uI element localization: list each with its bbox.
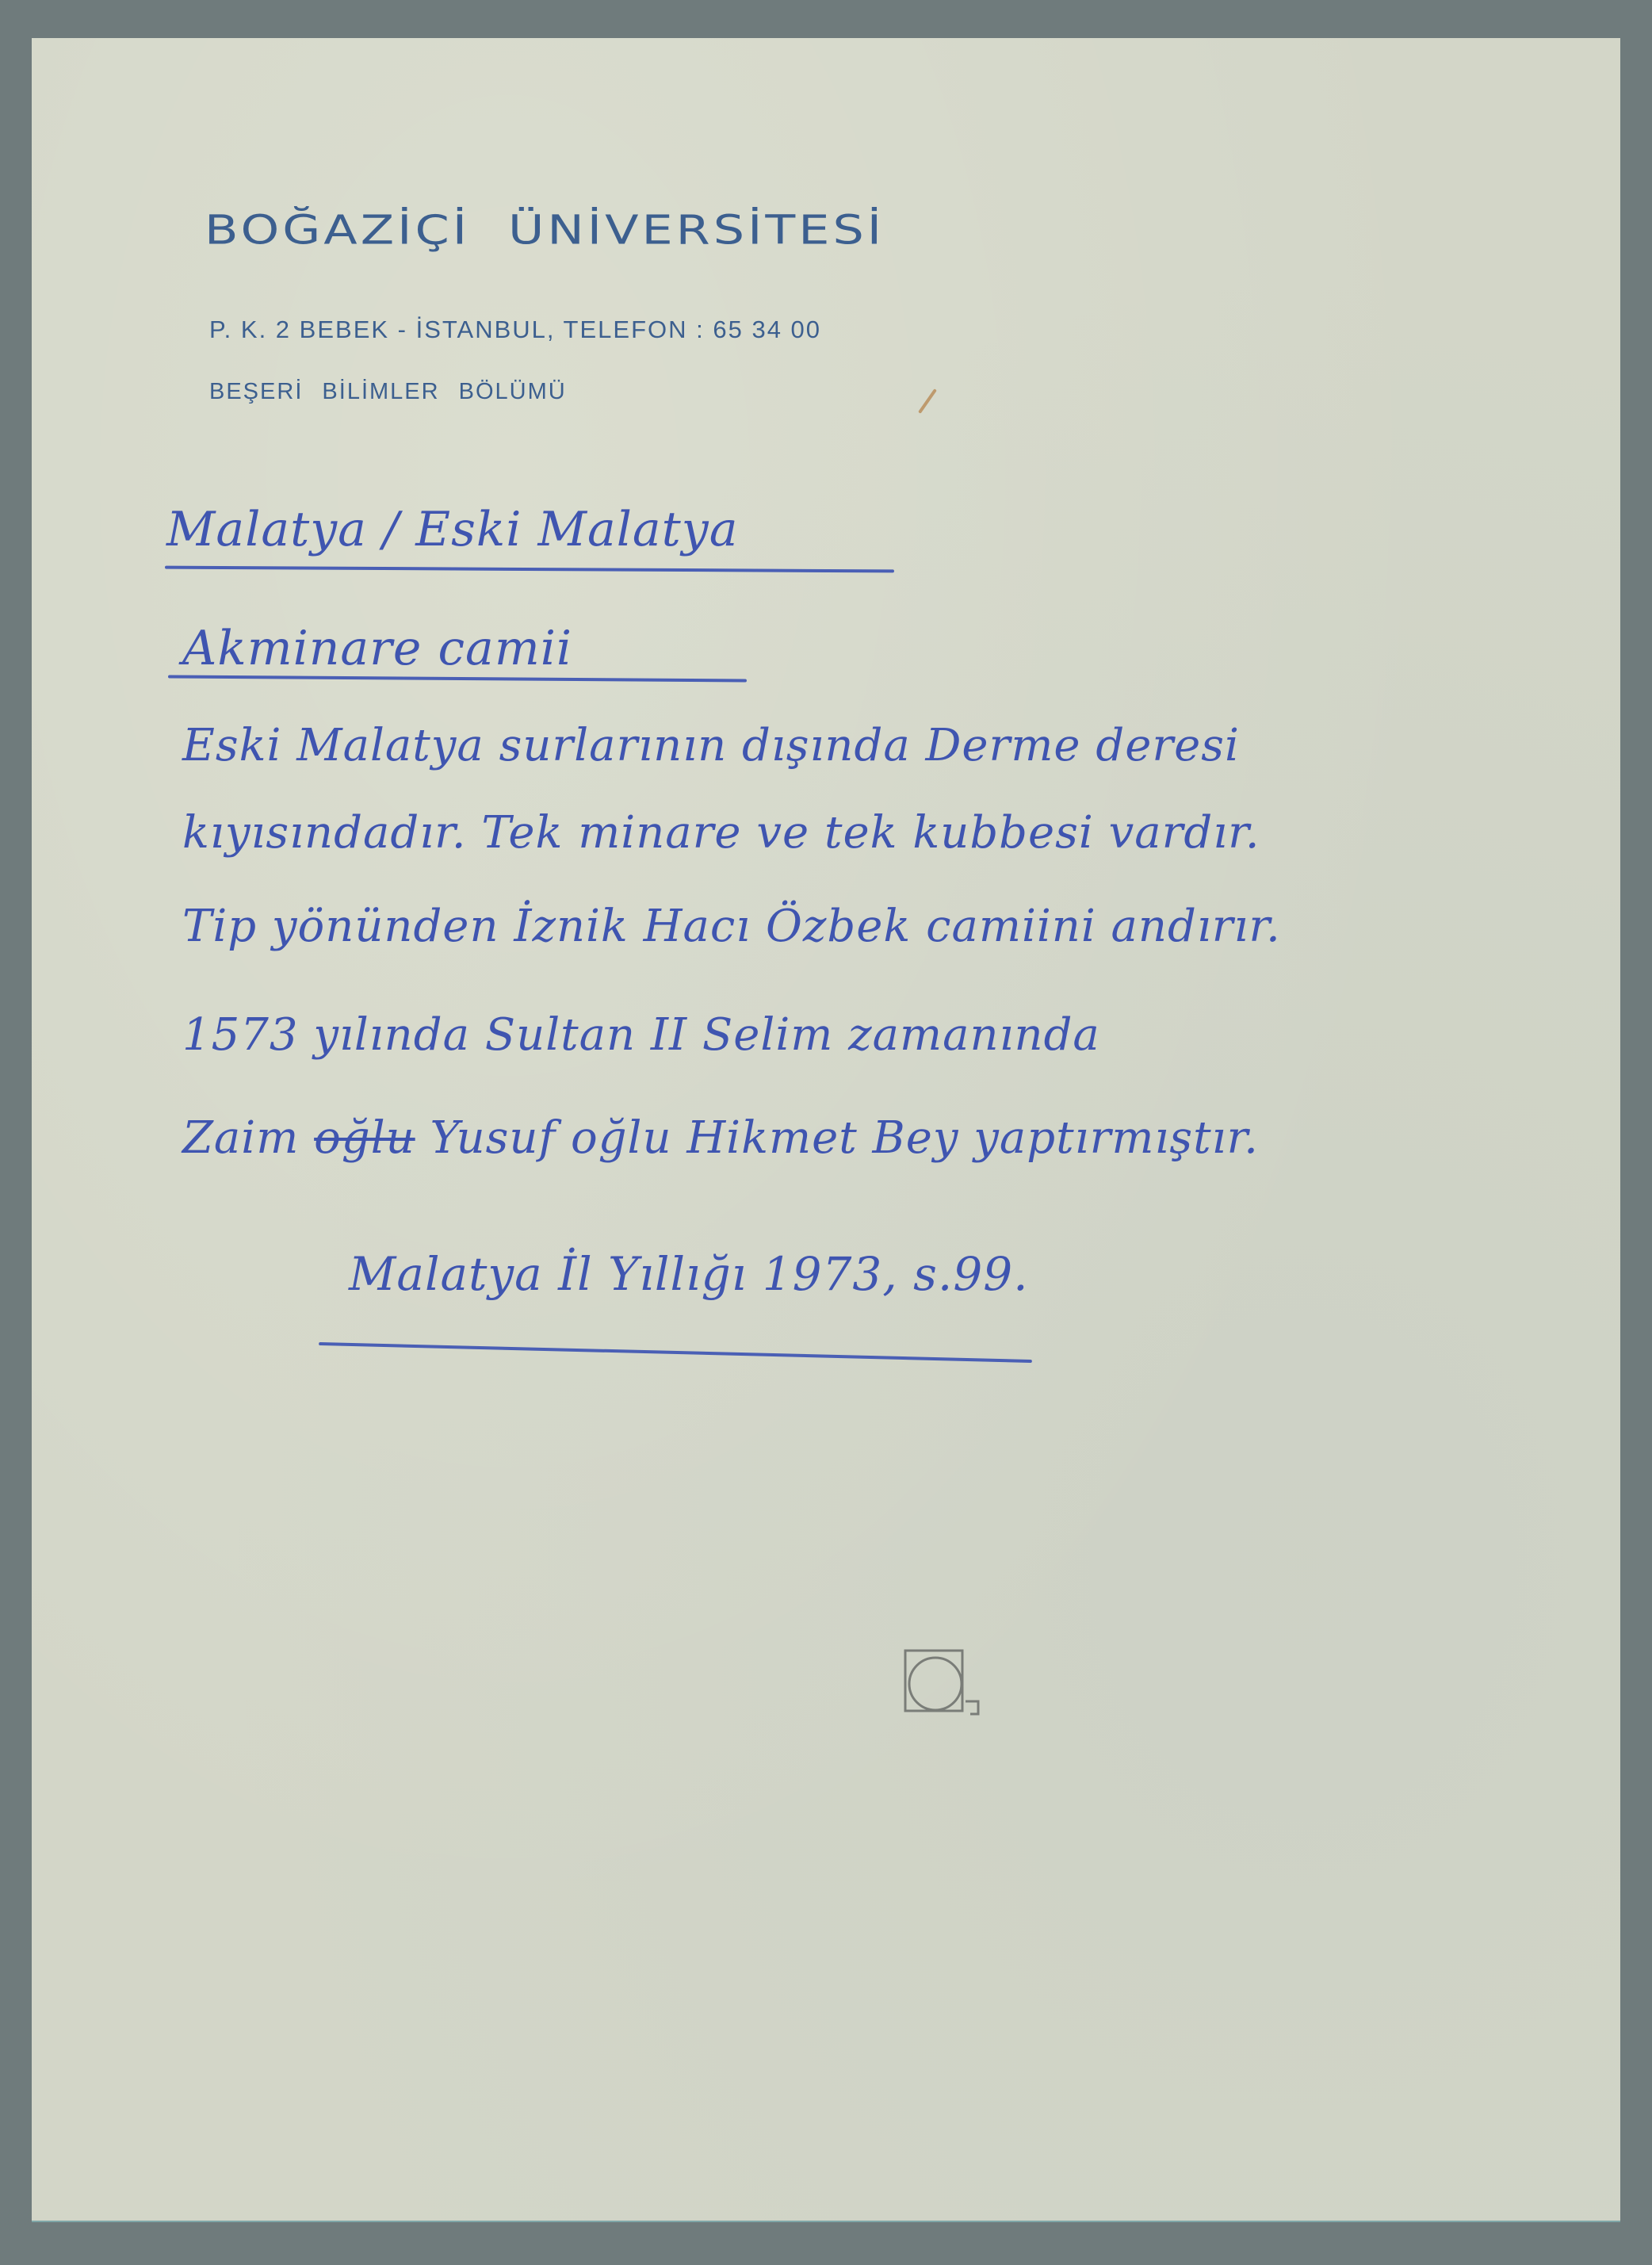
paper-stain xyxy=(918,388,937,414)
square-with-inscribed-circle-icon xyxy=(902,1647,989,1719)
institution-name: BOĞAZİÇİÜNİVERSİTESİ xyxy=(205,206,885,254)
struck-word: oğlu xyxy=(314,1112,415,1164)
body-line-1: Eski Malatya surlarının dışında Derme de… xyxy=(182,720,1240,771)
body-line-5-end: Yusuf oğlu Hikmet Bey yaptırmıştır. xyxy=(430,1112,1258,1164)
document-page: BOĞAZİÇİÜNİVERSİTESİ P. K. 2 BEBEK - İST… xyxy=(32,38,1620,2222)
letterhead-address: P. K. 2 BEBEK - İSTANBUL, TELEFON : 65 3… xyxy=(209,316,821,344)
letterhead: BOĞAZİÇİÜNİVERSİTESİ P. K. 2 BEBEK - İST… xyxy=(205,206,885,264)
heading-location: Malatya / Eski Malatya xyxy=(166,502,738,557)
institution-name-part2: ÜNİVERSİTESİ xyxy=(508,206,885,254)
heading-location-underline xyxy=(165,566,894,573)
source-year-page: 1973, s.99. xyxy=(763,1247,1029,1301)
body-line-5-start: Zaim xyxy=(182,1112,299,1164)
body-line-5: Zaim oğlu Yusuf oğlu Hikmet Bey yaptırmı… xyxy=(182,1112,1259,1164)
letterhead-department: BEŞERİ BİLİMLER BÖLÜMÜ xyxy=(209,379,567,405)
heading-building: Akminare camii xyxy=(182,621,572,676)
body-line-3: Tip yönünden İznik Hacı Özbek camiini an… xyxy=(182,901,1281,952)
source-title: Malatya İl Yıllığı xyxy=(349,1247,747,1301)
body-line-2: kıyısındadır. Tek minare ve tek kubbesi … xyxy=(182,807,1260,859)
body-line-4: 1573 yılında Sultan II Selim zamanında xyxy=(182,1009,1100,1061)
source-underline xyxy=(319,1342,1032,1363)
institution-name-part1: BOĞAZİÇİ xyxy=(205,206,470,254)
source-citation: Malatya İl Yıllığı 1973, s.99. xyxy=(349,1247,1029,1301)
